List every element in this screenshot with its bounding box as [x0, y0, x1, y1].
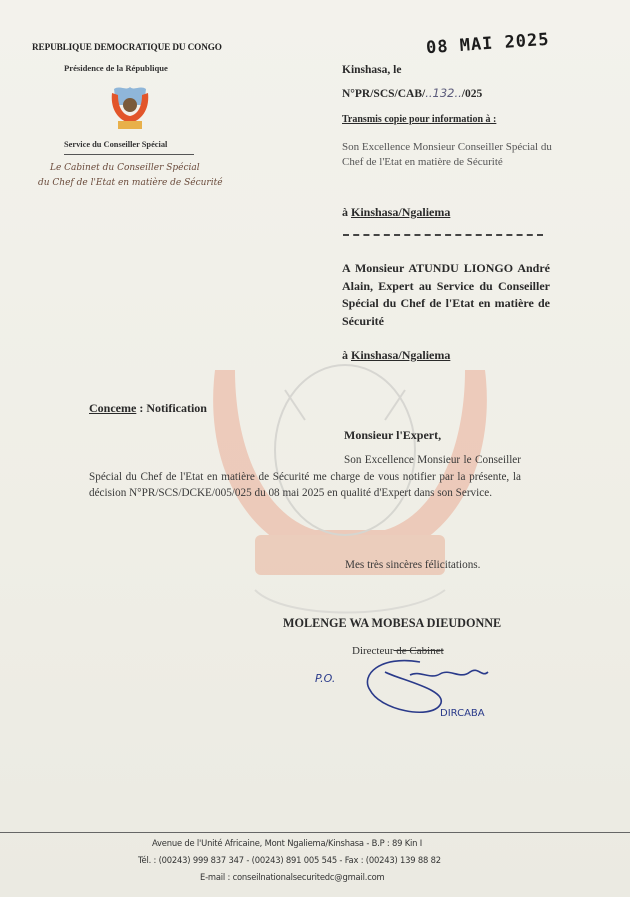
dashed-separator — [343, 234, 543, 236]
footer-rule — [0, 832, 630, 833]
place-date-label: Kinshasa, le — [342, 64, 401, 76]
copy-location-value: Kinshasa/Ngaliema — [351, 205, 450, 219]
date-stamp: 08 MAI 2025 — [425, 30, 550, 59]
cabinet-line-1: Le Cabinet du Conseiller Spécial — [50, 163, 200, 173]
presidency-title: Présidence de la République — [64, 63, 168, 73]
cabinet-line-2: du Chef de l'Etat en matière de Sécurité — [38, 178, 223, 188]
coat-of-arms-icon — [106, 83, 154, 133]
addressee-location-prefix: à — [342, 348, 351, 362]
subject-line: Conceme : Notification — [89, 401, 207, 416]
reference-prefix: N°PR/SCS/CAB/ — [342, 88, 425, 100]
closing-line: Mes très sincères félicitations. — [345, 559, 480, 571]
body-paragraph: Son Excellence Monsieur le Conseiller Sp… — [89, 452, 521, 502]
letter-page: REPUBLIQUE DEMOCRATIQUE DU CONGO Préside… — [0, 0, 630, 897]
copy-label: Transmis copie pour information à : — [342, 114, 496, 125]
copy-location-prefix: à — [342, 205, 351, 219]
handwritten-po: P.O. — [315, 672, 335, 685]
footer-address: Avenue de l'Unité Africaine, Mont Ngalie… — [152, 838, 422, 848]
footer-email: E-mail : conseilnationalsecuritedc@gmail… — [200, 872, 385, 882]
subject-value: Notification — [146, 401, 207, 415]
copy-location: à Kinshasa/Ngaliema — [342, 205, 450, 220]
reference-suffix: /025 — [462, 88, 482, 100]
subject-label: Conceme — [89, 401, 136, 415]
copy-recipient: Son Excellence Monsieur Conseiller Spéci… — [342, 140, 552, 170]
handwritten-signature-icon: P.O. DIRCABA — [310, 650, 530, 725]
service-title: Service du Conseiller Spécial — [64, 140, 167, 149]
signatory-name: MOLENGE WA MOBESA DIEUDONNE — [283, 616, 501, 631]
addressee-location: à Kinshasa/Ngaliema — [342, 348, 450, 363]
reference-number: N°PR/SCS/CAB/..132../025 — [342, 86, 482, 100]
addressee-location-value: Kinshasa/Ngaliema — [351, 348, 450, 362]
republic-title: REPUBLIQUE DEMOCRATIQUE DU CONGO — [32, 42, 222, 52]
subject-separator: : — [136, 401, 146, 415]
footer-phones: Tél. : (00243) 999 837 347 - (00243) 891… — [138, 855, 441, 865]
service-underline — [64, 154, 194, 155]
addressee: A Monsieur ATUNDU LIONGO André Alain, Ex… — [342, 260, 550, 330]
handwritten-role: DIRCABA — [440, 708, 485, 719]
salutation: Monsieur l'Expert, — [344, 428, 441, 443]
reference-handwritten-number: ..132.. — [425, 86, 462, 100]
